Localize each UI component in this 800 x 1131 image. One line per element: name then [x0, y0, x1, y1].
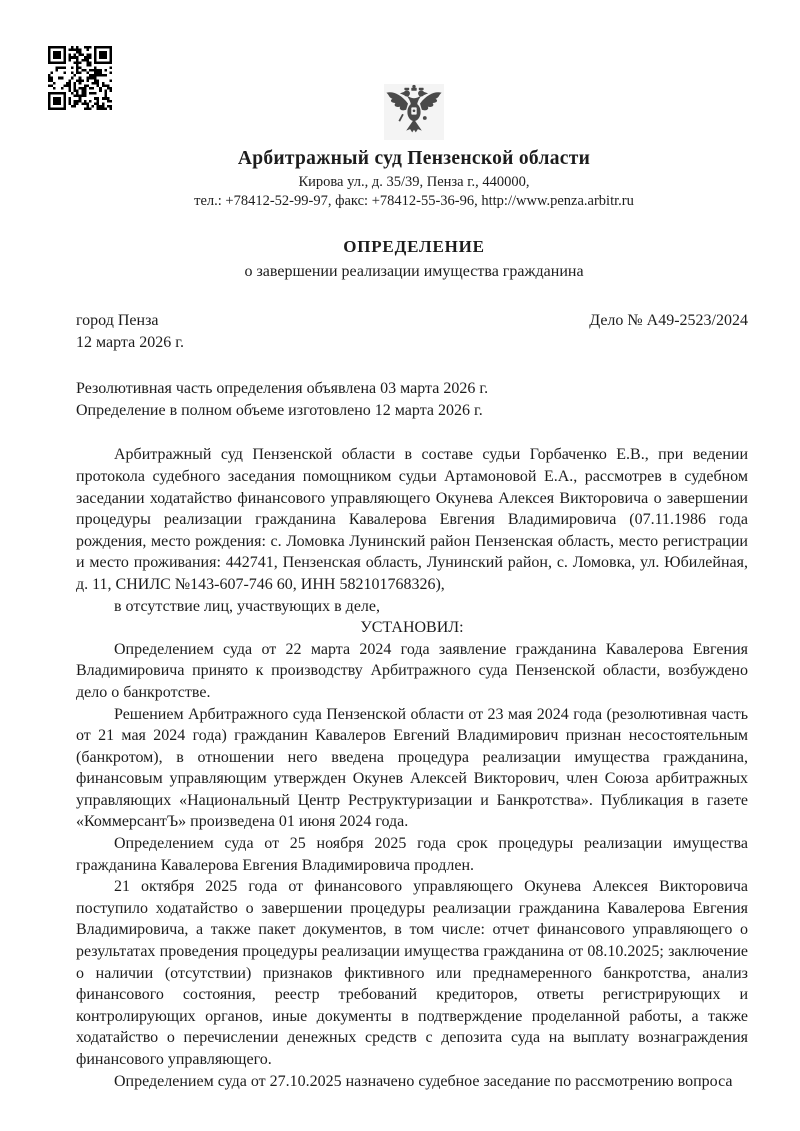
russian-coat-of-arms-icon — [384, 84, 444, 140]
court-name: Арбитражный суд Пензенской области — [78, 148, 750, 170]
document-title-block: ОПРЕДЕЛЕНИЕ о завершении реализации имущ… — [78, 237, 750, 281]
court-contacts: тел.: +78412-52-99-97, факс: +78412-55-3… — [78, 193, 750, 210]
full-text-line: Определение в полном объеме изготовлено … — [76, 400, 748, 422]
qr-code-image — [48, 45, 112, 111]
document-title: ОПРЕДЕЛЕНИЕ — [78, 237, 750, 257]
court-ruling-document-page: Арбитражный суд Пензенской области Киров… — [0, 0, 800, 1131]
document-body: город Пенза Дело № А49-2523/2024 12 март… — [76, 310, 748, 1092]
body-paragraph: Решением Арбитражного суда Пензенской об… — [76, 704, 748, 834]
intro-paragraph: Арбитражный суд Пензенской области в сос… — [76, 444, 748, 595]
absence-line: в отсутствие лиц, участвующих в деле, — [76, 596, 748, 618]
announcement-block: Резолютивная часть определения объявлена… — [76, 378, 748, 421]
city-label: город Пенза — [76, 310, 158, 332]
document-date: 12 марта 2026 г. — [76, 332, 748, 354]
body-paragraph: Определением суда от 22 марта 2024 года … — [76, 639, 748, 704]
document-subtitle: о завершении реализации имущества гражда… — [78, 263, 750, 281]
case-meta-row: город Пенза Дело № А49-2523/2024 — [76, 310, 748, 332]
letterhead: Арбитражный суд Пензенской области Киров… — [78, 0, 750, 210]
court-address: Кирова ул., д. 35/39, Пенза г., 440000, — [78, 174, 750, 191]
ustanovil-heading: УСТАНОВИЛ: — [76, 617, 748, 639]
resolutive-part-line: Резолютивная часть определения объявлена… — [76, 378, 748, 400]
body-paragraph: 21 октября 2025 года от финансового упра… — [76, 876, 748, 1070]
qr-code — [48, 45, 112, 111]
body-paragraph: Определением суда от 27.10.2025 назначен… — [76, 1071, 748, 1093]
case-number: Дело № А49-2523/2024 — [589, 310, 748, 332]
body-paragraph: Определением суда от 25 ноября 2025 года… — [76, 833, 748, 876]
